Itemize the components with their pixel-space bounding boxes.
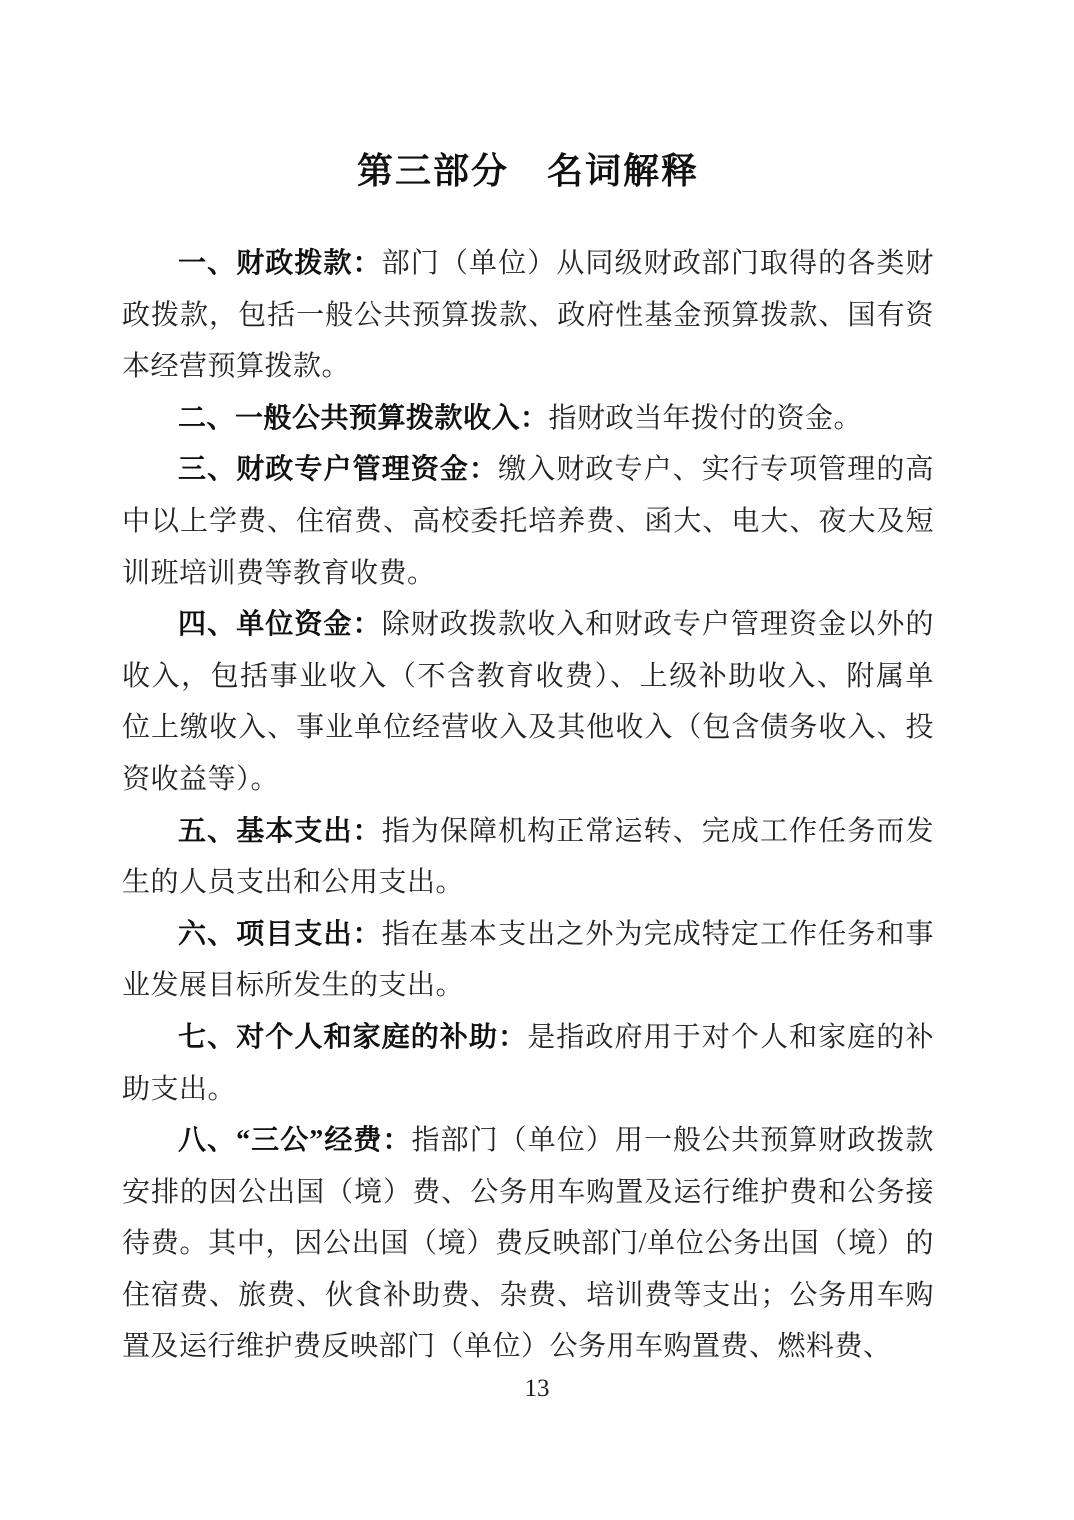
- definition-paragraph-1: 一、财政拨款：部门（单位）从同级财政部门取得的各类财政拨款，包括一般公共预算拨款…: [122, 238, 934, 393]
- term-definition: 指部门（单位）用一般公共预算财政拨款安排的因公出国（境）费、公务用车购置及运行维…: [122, 1125, 934, 1362]
- definition-paragraph-4: 四、单位资金：除财政拨款收入和财政专户管理资金以外的收入，包括事业收入（不含教育…: [122, 599, 934, 805]
- definition-paragraph-5: 五、基本支出：指为保障机构正常运转、完成工作任务而发生的人员支出和公用支出。: [122, 806, 934, 909]
- definition-paragraph-6: 六、项目支出：指在基本支出之外为完成特定工作任务和事业发展目标所发生的支出。: [122, 909, 934, 1012]
- term-label: 五、基本支出：: [178, 816, 382, 847]
- term-label: 六、项目支出：: [178, 919, 382, 950]
- definition-paragraph-3: 三、财政专户管理资金：缴入财政专户、实行专项管理的高中以上学费、住宿费、高校委托…: [122, 444, 934, 599]
- term-label: 八、“三公”经费：: [178, 1125, 412, 1156]
- definition-paragraph-2: 二、一般公共预算拨款收入：指财政当年拨付的资金。: [122, 393, 934, 445]
- document-page: 第三部分 名词解释 一、财政拨款：部门（单位）从同级财政部门取得的各类财政拨款，…: [0, 0, 1074, 1520]
- definition-paragraph-7: 七、对个人和家庭的补助：是指政府用于对个人和家庭的补助支出。: [122, 1012, 934, 1115]
- definition-paragraph-8: 八、“三公”经费：指部门（单位）用一般公共预算财政拨款安排的因公出国（境）费、公…: [122, 1115, 934, 1373]
- page-title: 第三部分 名词解释: [122, 148, 934, 196]
- term-label: 三、财政专户管理资金：: [178, 454, 498, 485]
- term-definition: 指财政当年拨付的资金。: [549, 403, 863, 434]
- term-label: 二、一般公共预算拨款收入：: [178, 403, 549, 434]
- term-label: 一、财政拨款：: [178, 248, 382, 279]
- document-content: 第三部分 名词解释 一、财政拨款：部门（单位）从同级财政部门取得的各类财政拨款，…: [122, 148, 934, 1373]
- page-number: 13: [0, 1372, 1074, 1406]
- term-label: 七、对个人和家庭的补助：: [178, 1022, 527, 1053]
- term-label: 四、单位资金：: [178, 609, 382, 640]
